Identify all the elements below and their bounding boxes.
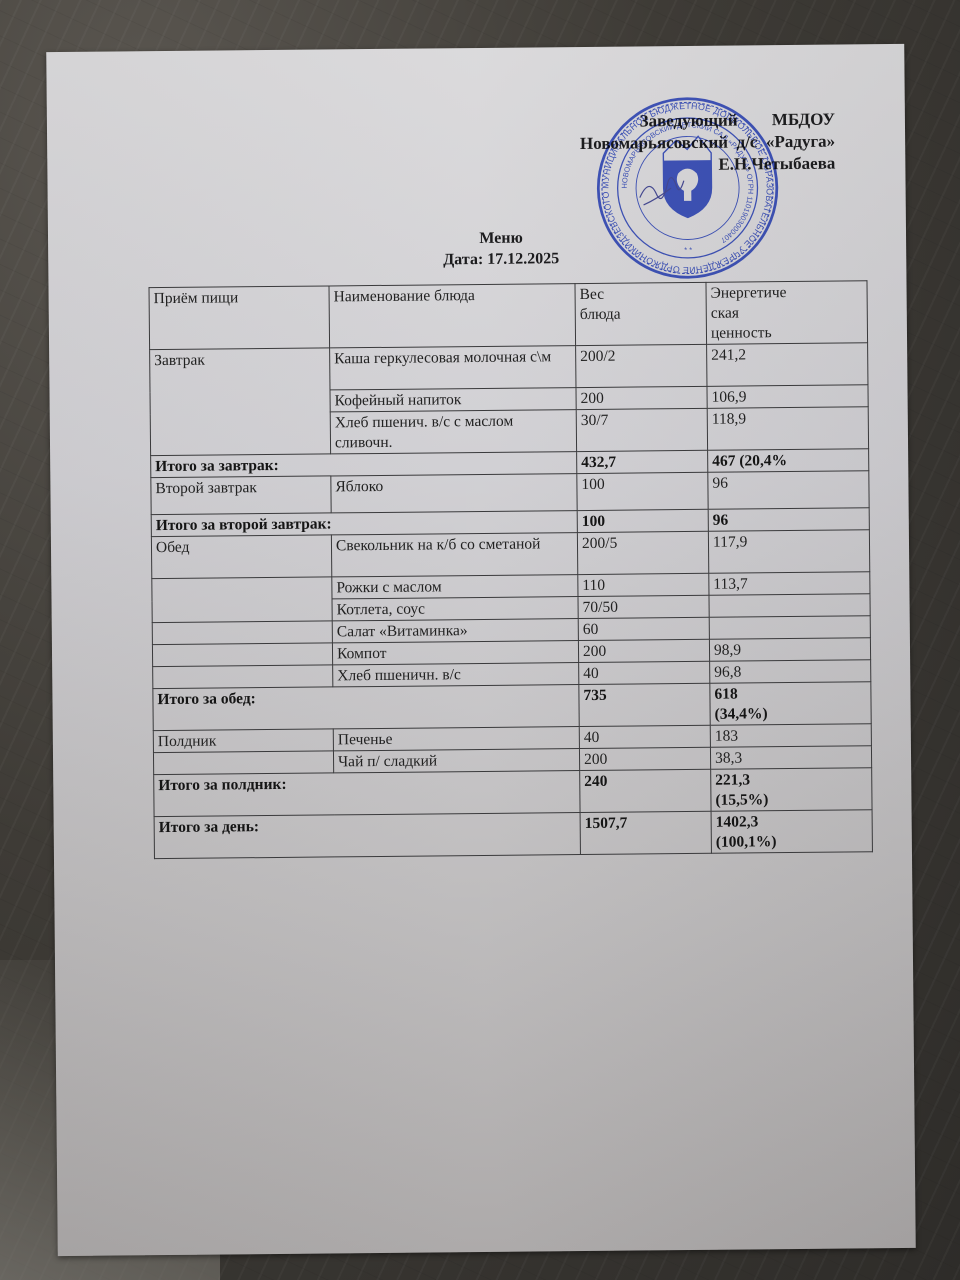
svg-text:* *: * * <box>684 245 692 254</box>
dish-name: Печенье <box>333 727 579 751</box>
meal-snack-continued <box>153 751 333 775</box>
total-weight: 240 <box>580 769 711 812</box>
total-energy: 618 (34,4%) <box>710 682 871 726</box>
dish-name: Компот <box>332 641 578 665</box>
dish-name: Каша геркулесовая молочная с\м <box>330 346 576 390</box>
dish-weight: 200/5 <box>577 531 708 574</box>
menu-sheet: Заведующий МБДОУ Новомарьясовский д/с «Р… <box>46 44 916 1256</box>
dish-weight: 40 <box>579 661 710 684</box>
total-energy: 221,3 (15,5%) <box>711 768 872 812</box>
total-row-snack: Итого за полдник: 240 221,3 (15,5%) <box>154 768 872 817</box>
dish-energy: 38,3 <box>710 746 871 770</box>
meal-lunch-continued <box>152 577 332 623</box>
meal-second-breakfast: Второй завтрак <box>151 476 331 515</box>
table-row: Обед Свекольник на к/б со сметаной 200/5… <box>151 530 869 579</box>
dish-energy: 118,9 <box>707 407 868 451</box>
total-label: Итого за день: <box>154 813 580 859</box>
dish-energy: 183 <box>710 724 871 748</box>
total-weight: 1507,7 <box>580 811 711 854</box>
dish-weight: 200 <box>576 386 707 409</box>
table-header-row: Приём пищи Наименование блюда Вес блюда … <box>149 281 868 350</box>
approval-org-short: МБДОУ <box>772 110 835 130</box>
dish-energy: 117,9 <box>708 530 869 574</box>
total-row-day: Итого за день: 1507,7 1402,3 (100,1%) <box>154 810 872 859</box>
dish-weight: 110 <box>578 573 709 596</box>
table-row: Завтрак Каша геркулесовая молочная с\м 2… <box>150 343 868 392</box>
dish-name: Рожки с маслом <box>332 575 578 599</box>
total-weight: 100 <box>577 509 708 532</box>
dish-name: Свекольник на к/б со сметаной <box>331 533 577 577</box>
total-label: Итого за обед: <box>153 685 579 731</box>
total-energy: 1402,3 (100,1%) <box>711 810 872 854</box>
dish-name: Салат «Витаминка» <box>332 619 578 643</box>
meal-lunch-continued <box>153 665 333 689</box>
dish-weight: 200/2 <box>576 344 707 387</box>
dish-name: Кофейный напиток <box>330 388 576 412</box>
menu-table: Приём пищи Наименование блюда Вес блюда … <box>149 280 873 859</box>
meal-lunch-continued <box>152 643 332 667</box>
dish-name: Яблоко <box>331 474 577 513</box>
total-energy: 467 (20,4% <box>708 449 869 473</box>
header-dish: Наименование блюда <box>329 284 576 348</box>
dish-weight: 200 <box>579 747 710 770</box>
dish-weight: 40 <box>579 725 710 748</box>
header-energy: Энергетиче ская ценность <box>706 281 868 345</box>
dish-weight: 100 <box>577 472 708 510</box>
dish-name: Хлеб пшеничн. в/с <box>333 663 579 687</box>
total-weight: 735 <box>579 683 710 726</box>
dish-weight: 200 <box>578 639 709 662</box>
dish-energy <box>709 616 870 640</box>
meal-lunch: Обед <box>151 535 331 579</box>
dish-energy <box>709 594 870 618</box>
official-stamp-icon: МУНИЦИПАЛЬНОЕ БЮДЖЕТНОЕ ДОШКОЛЬНОЕ ОБРАЗ… <box>595 95 781 281</box>
meal-breakfast: Завтрак <box>150 348 331 456</box>
dish-weight: 70/50 <box>578 595 709 618</box>
dish-name: Чай п/ сладкий <box>333 749 579 773</box>
dish-energy: 98,9 <box>709 638 870 662</box>
total-weight: 432,7 <box>577 450 708 473</box>
header-meal: Приём пищи <box>149 286 330 350</box>
dish-name: Хлеб пшенич. в/с с маслом сливочн. <box>330 410 576 454</box>
total-energy: 96 <box>708 508 869 532</box>
dish-energy: 96 <box>708 471 869 510</box>
dish-name: Котлета, соус <box>332 597 578 621</box>
meal-snack: Полдник <box>153 729 333 753</box>
dish-weight: 30/7 <box>576 408 707 451</box>
header-weight: Вес блюда <box>575 282 707 345</box>
meal-lunch-continued <box>152 621 332 645</box>
dish-energy: 241,2 <box>707 343 868 387</box>
dish-energy: 96,8 <box>710 660 871 684</box>
dish-energy: 113,7 <box>709 572 870 596</box>
total-label: Итого за полдник: <box>154 771 580 817</box>
total-row-lunch: Итого за обед: 735 618 (34,4%) <box>153 682 871 731</box>
dish-weight: 60 <box>578 617 709 640</box>
dish-energy: 106,9 <box>707 385 868 409</box>
